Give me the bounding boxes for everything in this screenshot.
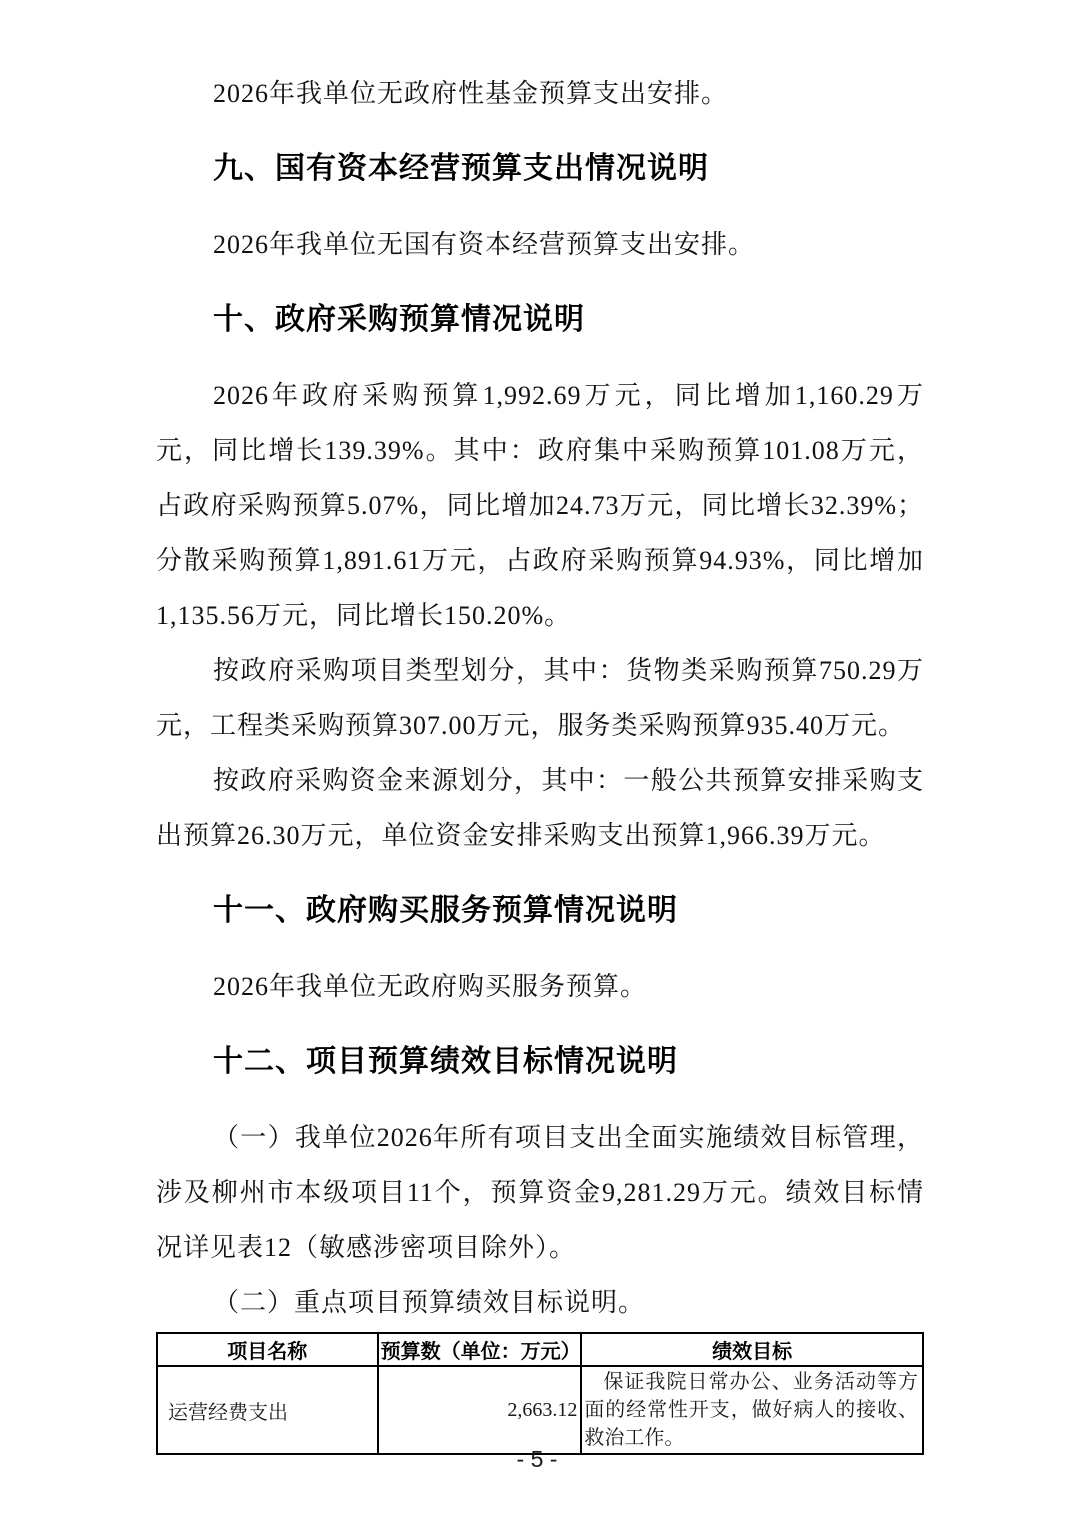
- paragraph-procurement-overview: 2026年政府采购预算1,992.69万元，同比增加1,160.29万元，同比增…: [156, 368, 924, 643]
- table-header-row: 项目名称 预算数（单位：万元） 绩效目标: [157, 1333, 923, 1366]
- paragraph-no-purchased-services: 2026年我单位无政府购买服务预算。: [156, 959, 924, 1014]
- table-cell-budget-amount: 2,663.12: [378, 1366, 582, 1454]
- heading-section-9-state-capital: 九、国有资本经营预算支出情况说明: [156, 147, 924, 191]
- table-header-performance-target: 绩效目标: [581, 1333, 923, 1366]
- table-cell-project-name: 运营经费支出: [157, 1366, 378, 1454]
- heading-section-11-purchased-services: 十一、政府购买服务预算情况说明: [156, 889, 924, 933]
- heading-section-12-performance-targets: 十二、项目预算绩效目标情况说明: [156, 1040, 924, 1084]
- table-row: 运营经费支出 2,663.12 保证我院日常办公、业务活动等方面的经常性开支，做…: [157, 1366, 923, 1454]
- document-page: 2026年我单位无政府性基金预算支出安排。 九、国有资本经营预算支出情况说明 2…: [0, 0, 1074, 1520]
- table-header-budget-amount: 预算数（单位：万元）: [378, 1333, 582, 1366]
- heading-section-10-procurement: 十、政府采购预算情况说明: [156, 298, 924, 342]
- performance-target-table: 项目名称 预算数（单位：万元） 绩效目标 运营经费支出 2,663.12 保证我…: [156, 1332, 924, 1455]
- paragraph-no-gov-fund-budget: 2026年我单位无政府性基金预算支出安排。: [156, 66, 924, 121]
- paragraph-procurement-by-type: 按政府采购项目类型划分，其中：货物类采购预算750.29万元，工程类采购预算30…: [156, 643, 924, 753]
- paragraph-key-project-intro: （二）重点项目预算绩效目标说明。: [156, 1275, 924, 1330]
- table-header-project-name: 项目名称: [157, 1333, 378, 1366]
- paragraph-procurement-by-funding: 按政府采购资金来源划分，其中：一般公共预算安排采购支出预算26.30万元，单位资…: [156, 753, 924, 863]
- table-cell-performance-target: 保证我院日常办公、业务活动等方面的经常性开支，做好病人的接收、救治工作。: [581, 1366, 923, 1454]
- paragraph-performance-target-overview: （一）我单位2026年所有项目支出全面实施绩效目标管理，涉及柳州市本级项目11个…: [156, 1110, 924, 1275]
- paragraph-no-state-capital-budget: 2026年我单位无国有资本经营预算支出安排。: [156, 217, 924, 272]
- page-number: - 5 -: [0, 1446, 1074, 1473]
